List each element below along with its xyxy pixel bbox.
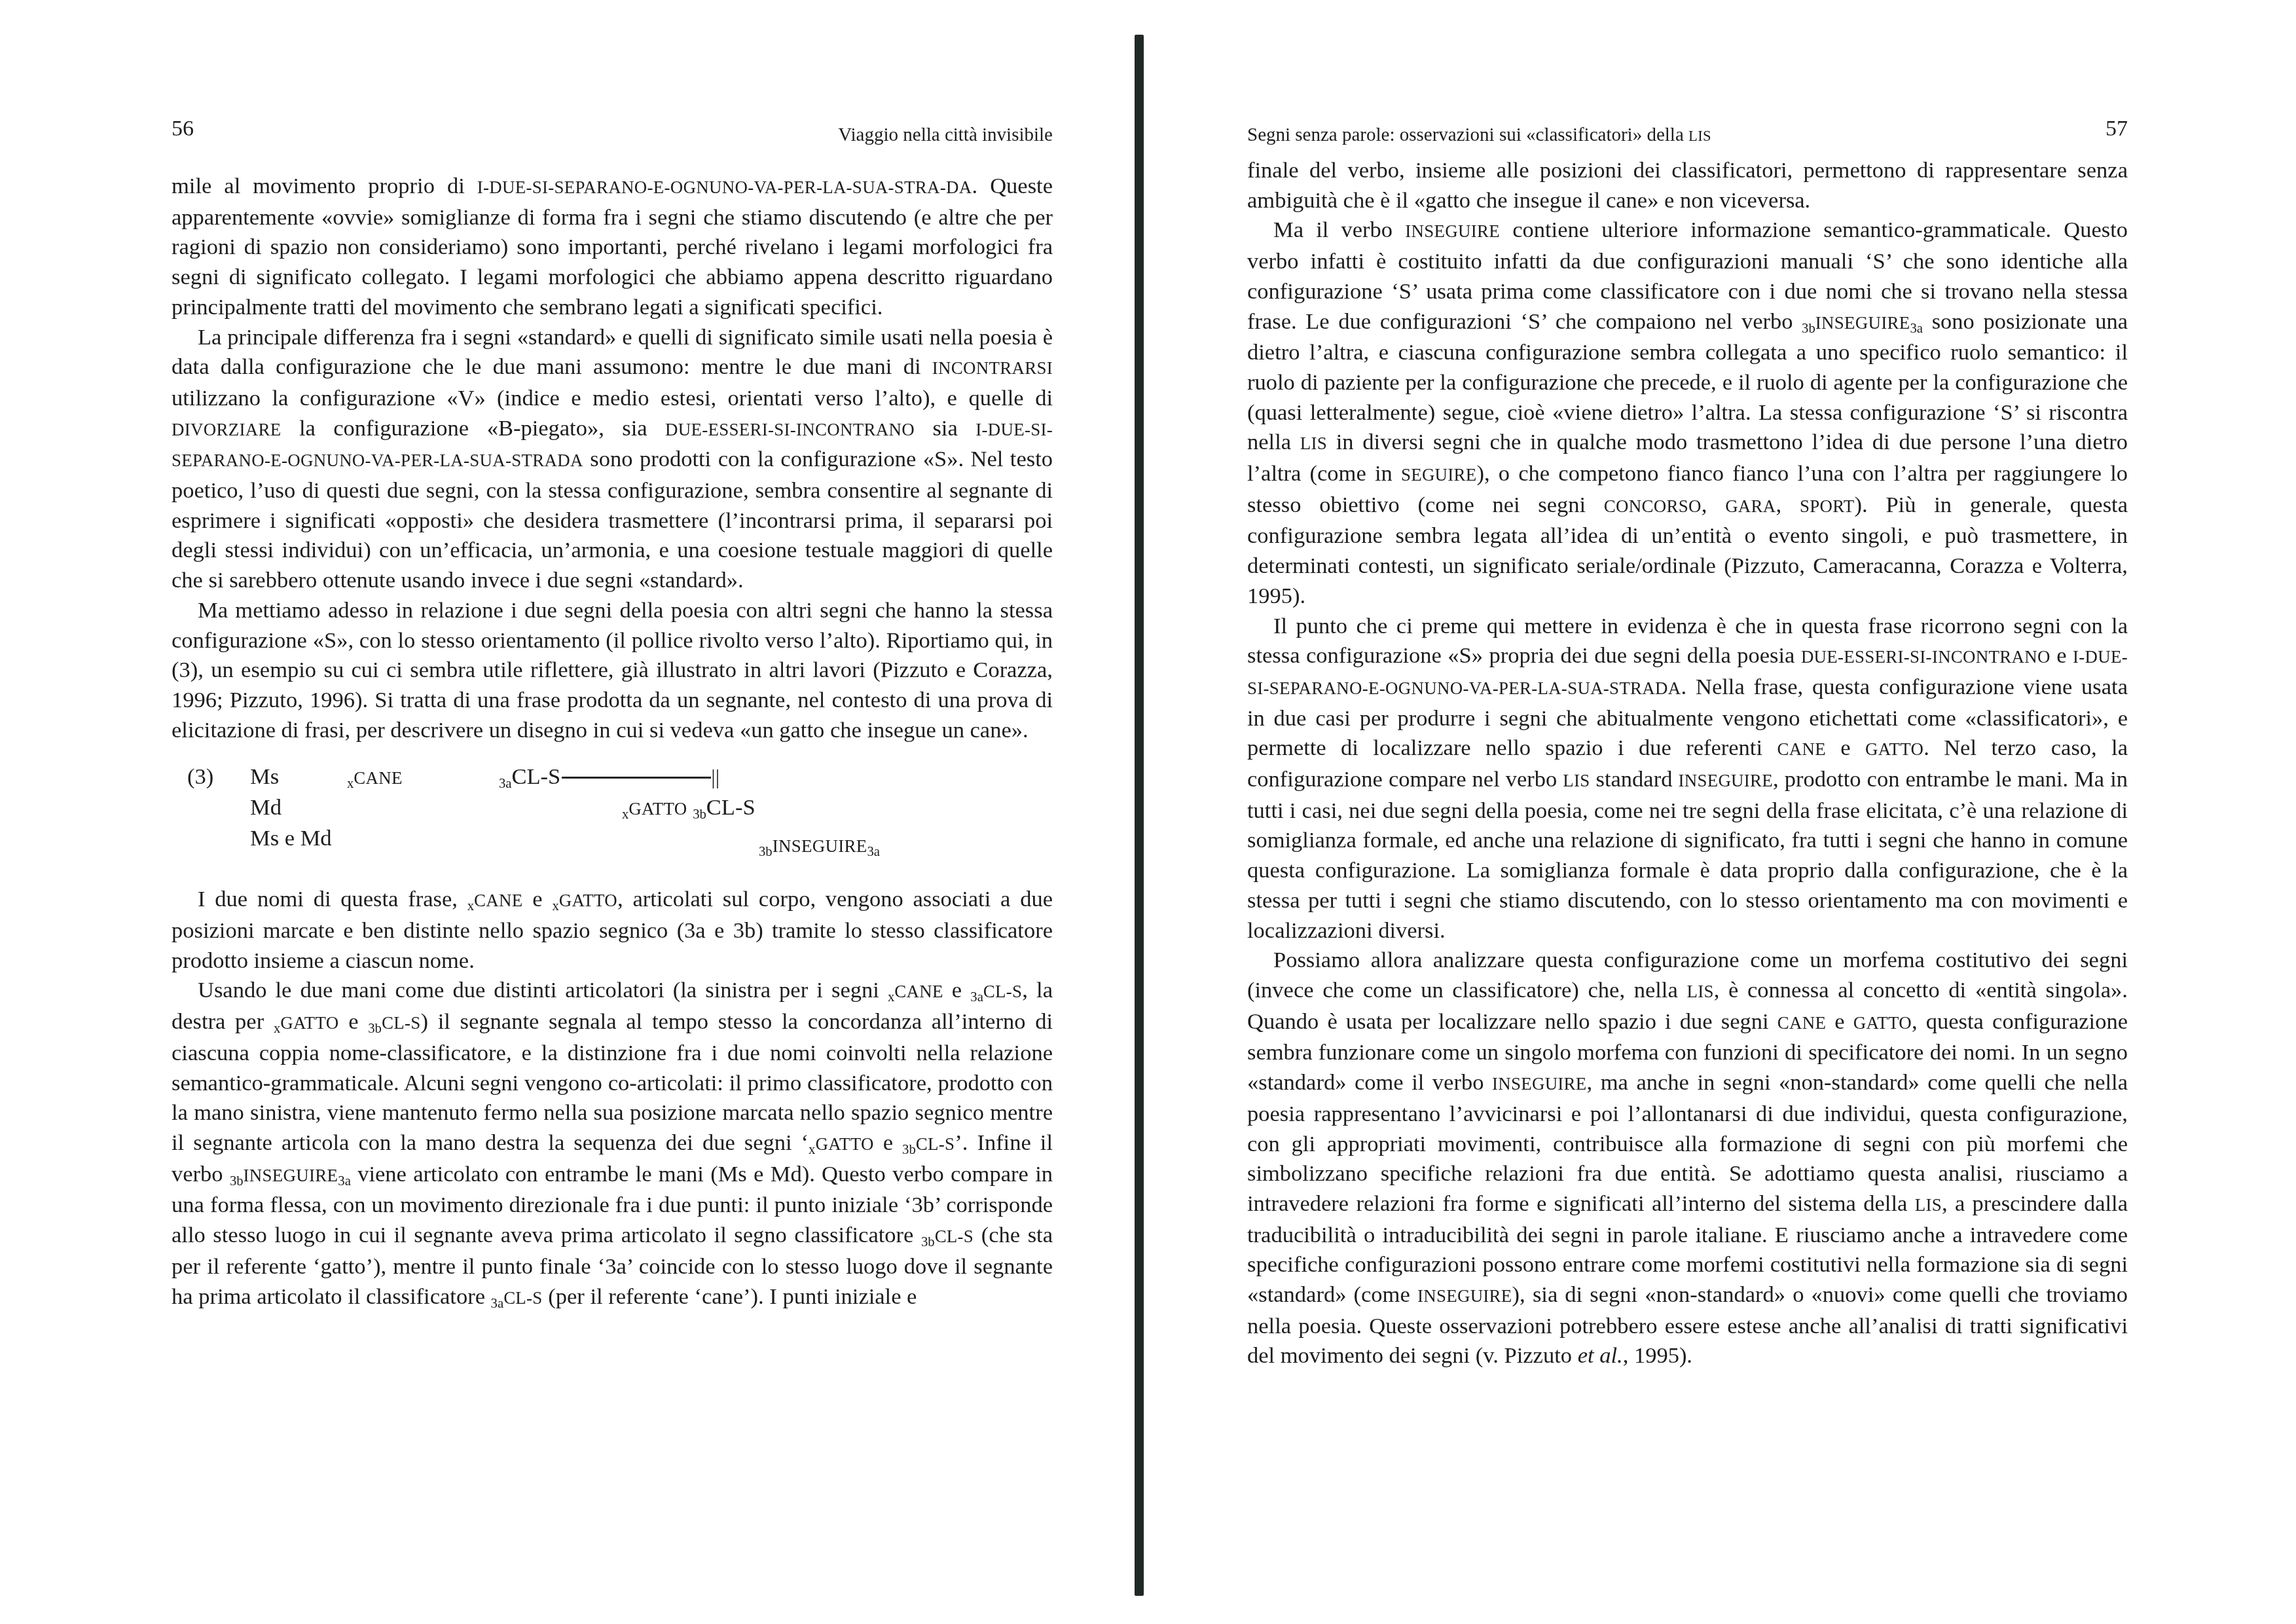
index-subscript: 3b	[230, 1174, 244, 1189]
running-head: Viaggio nella città invisibile	[838, 124, 1053, 146]
paragraph: Usando le due mani come due distinti art…	[172, 976, 1053, 1313]
example-number: (3)	[187, 762, 213, 792]
gloss: GATTO	[815, 1134, 873, 1154]
hold-line	[562, 777, 711, 779]
index-subscript: 3b	[368, 1022, 382, 1036]
gloss-cl-s-3a: 3aCL-S||	[499, 762, 720, 792]
gloss: CONCORSO	[1604, 496, 1702, 516]
paragraph-group-after: I due nomi di questa frase, xCANE e xGAT…	[172, 885, 1053, 1313]
gloss-inseguire: 3bINSEGUIRE3a	[759, 830, 880, 862]
gloss: LIS	[1563, 771, 1590, 790]
gloss: CL-S	[983, 982, 1023, 1001]
running-head: Segni senza parole: osservazioni sui «cl…	[1247, 124, 1711, 146]
gloss: DUE-ESSERI-SI-INCONTRANO	[665, 420, 915, 439]
example-row-label-ms: Ms	[250, 762, 279, 792]
gloss: CANE	[474, 891, 522, 910]
index-subscript: 3b	[902, 1143, 916, 1157]
gloss: I-DUE-SI-SEPARANO-E-OGNUNO-VA-PER-LA-SUA…	[172, 420, 1053, 471]
gloss: SPORT	[1800, 496, 1855, 516]
gloss: LIS	[1300, 434, 1327, 453]
italic-text: et al.	[1578, 1343, 1623, 1368]
gloss: DUE-ESSERI-SI-INCONTRANO	[1801, 647, 2050, 667]
gloss: LIS	[1915, 1195, 1942, 1215]
gloss: LIS	[1686, 982, 1713, 1001]
gloss: INSEGUIRE	[244, 1166, 338, 1185]
index-subscript: x	[552, 900, 558, 914]
gloss: DIVORZIARE	[172, 420, 281, 439]
left-body-text: mile al movimento proprio di I-DUE-SI-SE…	[172, 172, 1053, 1313]
index-subscript: 3a	[491, 1297, 504, 1311]
gloss: CL-S	[382, 1013, 421, 1033]
paragraph: Ma mettiamo adesso in relazione i due se…	[172, 596, 1053, 746]
index-subscript: x	[274, 1022, 280, 1036]
gloss: CANE	[894, 982, 943, 1001]
gloss: INSEGUIRE	[1815, 313, 1910, 333]
gloss: GATTO	[1865, 739, 1923, 759]
gloss: SEGUIRE	[1401, 465, 1477, 485]
index-subscript: x	[467, 900, 474, 914]
example-row-label-md: Md	[250, 793, 282, 823]
index-subscript: 3b	[1802, 322, 1815, 336]
index-subscript: x	[809, 1143, 815, 1157]
gloss: CL-S	[916, 1134, 955, 1154]
gloss-gatto-cl-s-3b: xGATTO 3bCL-S	[622, 793, 756, 824]
gloss: CL-S	[503, 1288, 543, 1308]
paragraph: mile al movimento proprio di I-DUE-SI-SE…	[172, 172, 1053, 323]
gloss: GATTO	[280, 1013, 338, 1033]
book-gutter-divider	[1135, 35, 1144, 1596]
right-body-text: finale del verbo, insieme alle posizioni…	[1247, 156, 2128, 1371]
hold-end-bar: ||	[711, 762, 720, 792]
gloss: INSEGUIRE	[1417, 1286, 1512, 1306]
right-page: Segni senza parole: osservazioni sui «cl…	[1146, 0, 2296, 1624]
example-3: (3) Ms Md Ms e Md xCANE 3aCL-S|| xGATTO …	[172, 762, 1053, 870]
example-row-label-ms-md: Ms e Md	[250, 824, 332, 854]
page-number: 56	[172, 117, 194, 141]
gloss: CANE	[1777, 739, 1825, 759]
page-number: 57	[2105, 117, 2128, 141]
index-subscript: x	[888, 991, 894, 1005]
paragraph: Possiamo allora analizzare questa config…	[1247, 946, 2128, 1371]
paragraph: finale del verbo, insieme alle posizioni…	[1247, 156, 2128, 215]
paragraph: La principale differenza fra i segni «st…	[172, 323, 1053, 596]
index-subscript: 3b	[921, 1235, 935, 1249]
gloss: INCONTRARSI	[932, 358, 1053, 378]
gloss: INSEGUIRE	[1492, 1074, 1587, 1094]
left-page: 56 Viaggio nella città invisibile mile a…	[0, 0, 1133, 1624]
gloss: I-DUE-SI-SEPARANO-E-OGNUNO-VA-PER-LA-SUA…	[477, 177, 972, 197]
gloss: INSEGUIRE	[1678, 771, 1773, 790]
paragraph-group: finale del verbo, insieme alle posizioni…	[1247, 156, 2128, 1371]
gloss: INSEGUIRE	[1405, 221, 1500, 241]
index-subscript: 3a	[1910, 322, 1923, 336]
gloss: GATTO	[1853, 1013, 1912, 1033]
gloss: GARA	[1725, 496, 1776, 516]
gloss: GATTO	[559, 891, 617, 910]
gloss: CANE	[1777, 1013, 1826, 1033]
index-subscript: 3a	[970, 991, 983, 1005]
paragraph-group-before: mile al movimento proprio di I-DUE-SI-SE…	[172, 172, 1053, 745]
paragraph: Ma il verbo INSEGUIRE contiene ulteriore…	[1247, 215, 2128, 611]
paragraph: Il punto che ci preme qui mettere in evi…	[1247, 612, 2128, 946]
index-subscript: 3a	[338, 1174, 351, 1189]
gloss: CL-S	[935, 1227, 974, 1246]
paragraph: I due nomi di questa frase, xCANE e xGAT…	[172, 885, 1053, 976]
gloss-cane: xCANE	[347, 762, 403, 794]
